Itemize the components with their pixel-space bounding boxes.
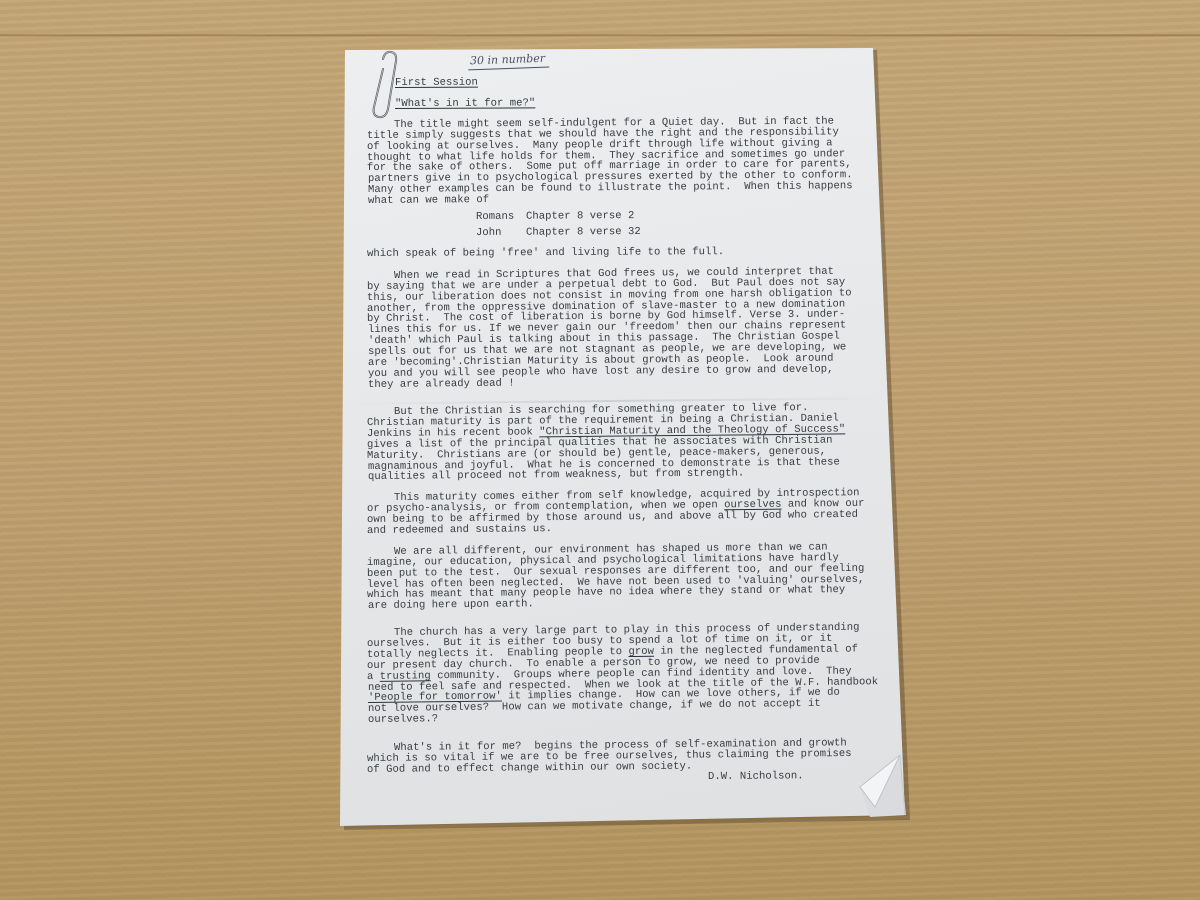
text-line: qualities all proceed not from weakness,… [368, 468, 744, 484]
text-line: what can we make of [368, 194, 489, 207]
text-run: Romans [476, 211, 526, 223]
document-body: First Session "What's in it for me?" The… [0, 0, 1200, 900]
text-run: are doing here upon earth. [368, 599, 534, 613]
text-run: qualities all proceed not from weakness,… [368, 468, 744, 484]
text-run: a [367, 670, 380, 682]
text-run: Chapter 8 verse 32 [526, 226, 641, 239]
signature: D.W. Nicholson. [708, 770, 804, 783]
text-run: ourselves.? [368, 713, 438, 726]
text-run: what can we make of [368, 194, 489, 207]
session-heading: First Session [395, 77, 478, 89]
text-line: which speak of being 'free' and living l… [367, 246, 724, 260]
text-run: and redeemed and sustains us. [367, 523, 552, 537]
text-line: and redeemed and sustains us. [367, 523, 552, 537]
text-run: they are already dead ! [368, 377, 515, 390]
text-run: of God and to effect change within our o… [367, 760, 692, 775]
session-subtitle: "What's in it for me?" [395, 97, 535, 110]
text-run: Chapter 8 verse 2 [526, 210, 634, 223]
text-line: of God and to effect change within our o… [367, 760, 692, 775]
text-line: ourselves.? [368, 713, 438, 726]
scripture-reference: JohnChapter 8 verse 32 [476, 226, 641, 239]
text-run: John [476, 227, 526, 239]
scripture-reference: RomansChapter 8 verse 2 [476, 210, 634, 223]
text-line: are doing here upon earth. [368, 599, 534, 613]
text-line: they are already dead ! [368, 377, 515, 390]
